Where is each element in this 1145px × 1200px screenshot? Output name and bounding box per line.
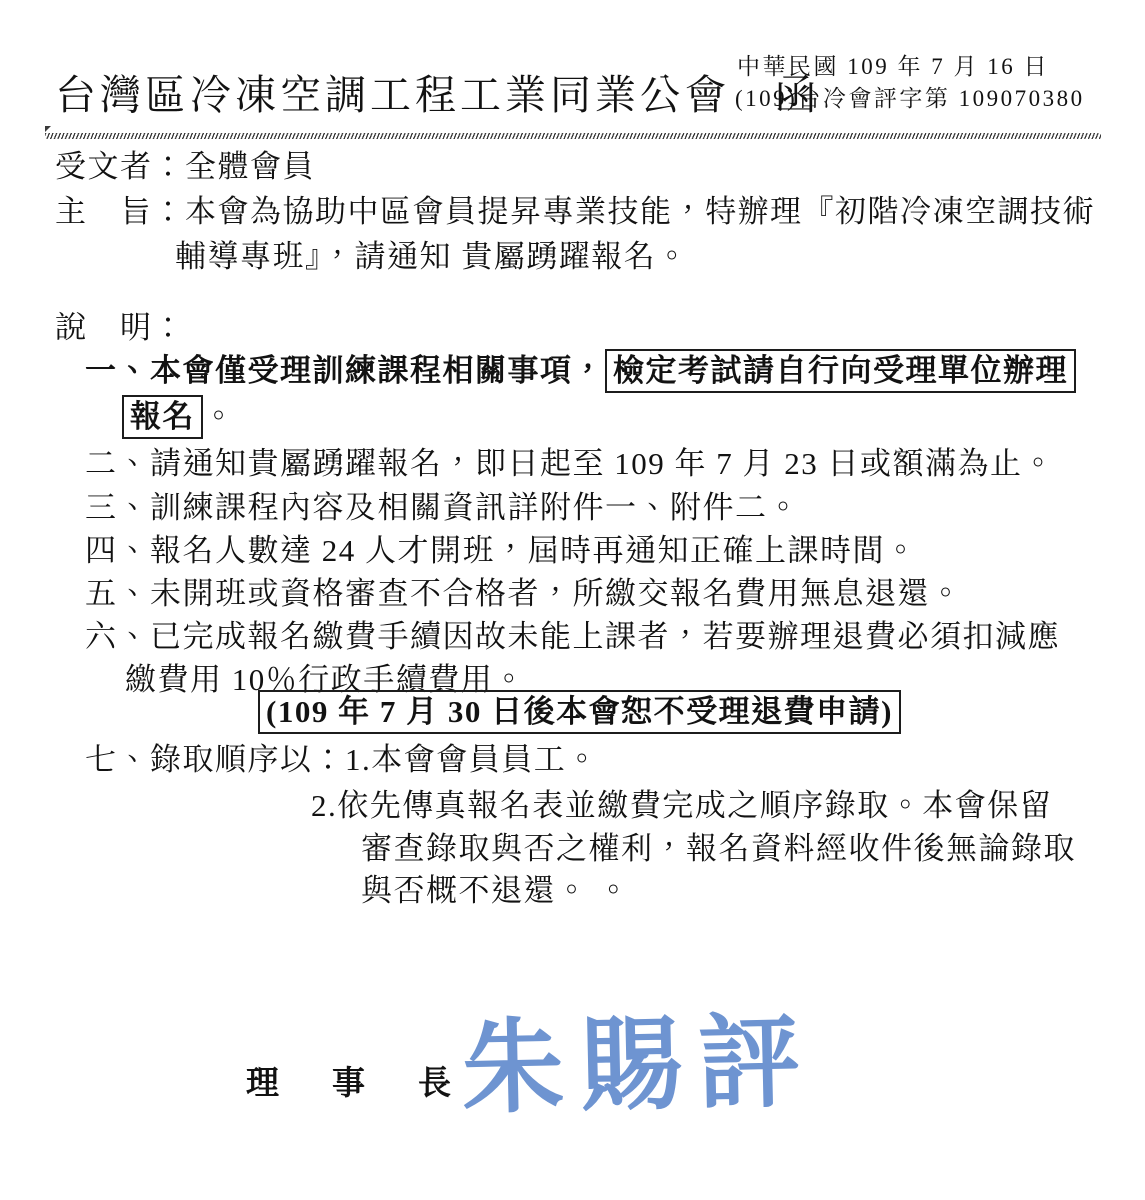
- recipient-line: 受文者：全體會員: [55, 146, 315, 188]
- refund-deadline-notice-row: (109 年 7 月 30 日後本會恕不受理退費申請): [258, 691, 901, 733]
- explanation-item-7-line-1: 七、錄取順序以：1.本會會員員工。: [85, 739, 599, 781]
- divider-tick-mark: [45, 126, 51, 132]
- reference-number: (109)台冷會評字第 109070380: [735, 84, 1085, 114]
- explanation-item-6-line-1: 六、已完成報名繳費手續因故未能上課者，若要辦理退費必須扣減應: [85, 616, 1060, 658]
- explanation-heading: 說 明：: [55, 307, 185, 349]
- explanation-item-1-line-2: 報名。: [122, 396, 236, 438]
- boxed-emphasis-exam-notice: 檢定考試請自行向受理單位辦理: [605, 349, 1076, 393]
- explanation-item-5: 五、未開班或資格審查不合格者，所繳交報名費用無息退還。: [85, 573, 963, 615]
- official-letter-page: 台灣區冷凍空調工程工業同業公會 函 中華民國 109 年 7 月 16 日 (1…: [0, 0, 1145, 1200]
- item-1-period: 。: [203, 399, 236, 434]
- letter-title: 台灣區冷凍空調工程工業同業公會 函: [55, 70, 820, 120]
- item-1-number: 一、: [85, 353, 150, 388]
- refund-deadline-notice: (109 年 7 月 30 日後本會恕不受理退費申請): [258, 690, 901, 734]
- subject-line-2: 輔導專班』，請通知 貴屬踴躍報名。: [175, 236, 689, 278]
- issue-date: 中華民國 109 年 7 月 16 日: [737, 52, 1049, 82]
- explanation-item-4: 四、報名人數達 24 人才開班，屆時再通知正確上課時間。: [85, 530, 918, 572]
- explanation-item-7-line-3: 審查錄取與否之權利，報名資料經收件後無論錄取: [361, 828, 1076, 870]
- explanation-item-2: 二、請通知貴屬踴躍報名，即日起至 109 年 7 月 23 日或額滿為止。: [85, 443, 1055, 485]
- explanation-item-7-line-4: 與否概不退還。 。: [361, 870, 630, 912]
- chairman-title: 理 事 長: [246, 1062, 461, 1106]
- explanation-item-3: 三、訓練課程內容及相關資訊詳附件一、附件二。: [85, 487, 800, 529]
- boxed-emphasis-registration: 報名: [122, 395, 203, 439]
- explanation-item-7-line-2: 2.依先傳真報名表並繳費完成之順序錄取。本會保留: [311, 785, 1052, 827]
- explanation-item-1-line-1: 一、本會僅受理訓練課程相關事項，檢定考試請自行向受理單位辦理: [85, 350, 1076, 392]
- header-divider: [45, 133, 1101, 139]
- signature-stamp: 朱賜評: [461, 998, 818, 1135]
- item-1-bold-text: 本會僅受理訓練課程相關事項，: [150, 353, 605, 388]
- subject-line-1: 主 旨：本會為協助中區會員提昇專業技能，特辦理『初階冷凍空調技術: [55, 191, 1095, 233]
